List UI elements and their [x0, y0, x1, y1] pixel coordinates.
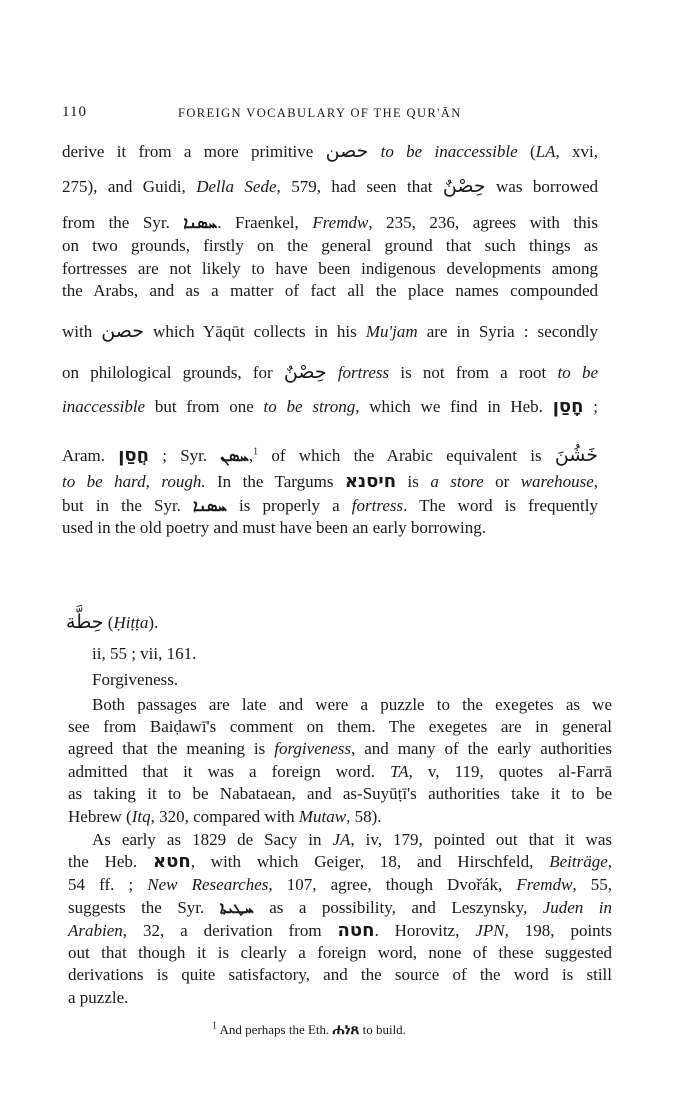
text-line: to be hard, rough. In the Targums חיסנא …	[62, 472, 598, 492]
text-line: used in the old poetry and must have bee…	[62, 518, 486, 538]
text-line: agreed that the meaning is forgiveness, …	[68, 739, 612, 759]
syriac-word: ܚܛܝܬܐ	[220, 898, 254, 917]
book-page: 110 FOREIGN VOCABULARY OF THE QUR'ĀN der…	[0, 0, 696, 1104]
text-line: out that though it is clearly a foreign …	[68, 943, 612, 963]
text-line: inaccessible but from one to be strong, …	[62, 397, 598, 417]
hebrew-word: חיסנא	[345, 471, 396, 492]
page-number: 110	[62, 104, 87, 121]
text-line: see from Baiḍawī's comment on them. The …	[68, 717, 612, 737]
headword-transliteration: Ḥiṭṭa	[113, 613, 148, 632]
footnote: 1 And perhaps the Eth. ሐነጸ to build.	[212, 1019, 406, 1040]
text-line: the Arabs, and as a matter of fact all t…	[62, 281, 598, 301]
syriac-word: ܚܣܢ	[220, 446, 248, 465]
text-line: Aram. חֲסַן ; Syr. ܚܣܢ,1 of which the Ar…	[62, 445, 598, 466]
text-line: on philological grounds, for حِصْنٌ fort…	[62, 362, 598, 383]
text-line: fortresses are not likely to have been i…	[62, 259, 598, 279]
hebrew-word: חָסַן	[553, 396, 584, 417]
arabic-word: حِصْنٌ	[443, 175, 486, 197]
text-line: with حصن which Yāqūt collects in his Mu'…	[62, 321, 598, 342]
text-line: Hebrew (Itq, 320, compared with Mutaw, 5…	[68, 807, 382, 827]
running-title: FOREIGN VOCABULARY OF THE QUR'ĀN	[178, 106, 462, 121]
entry-heading: حِطَّة (Ḥiṭṭa).	[66, 612, 158, 633]
text-line: 275), and Guidi, Della Sede, 579, had se…	[62, 176, 598, 197]
text-line: derivations is quite satisfactory, and t…	[68, 965, 612, 985]
text-line: As early as 1829 de Sacy in JA, iv, 179,…	[92, 830, 612, 850]
text-line: derive it from a more primitive حصن to b…	[62, 141, 598, 162]
text-line: as taking it to be Nabataean, and as-Suy…	[68, 784, 612, 804]
text-line: from the Syr. ܚܣܢܐ. Fraenkel, Fremdw, 23…	[62, 213, 598, 233]
text-line: on two grounds, firstly on the general g…	[62, 236, 598, 256]
text-line: the Heb. חטא, with which Geiger, 18, and…	[68, 852, 612, 872]
text-line: suggests the Syr. ܚܛܝܬܐ as a possibility…	[68, 898, 612, 918]
text-line: Arabien, 32, a derivation from חטה. Horo…	[68, 921, 612, 941]
syriac-word: ܚܣܢܐ	[183, 213, 217, 232]
text-line: admitted that it was a foreign word. TA,…	[68, 762, 612, 782]
arabic-word: حصن	[101, 320, 144, 342]
text-line: but in the Syr. ܚܣܢܐ is properly a fortr…	[62, 496, 598, 516]
entry-gloss: Forgiveness.	[92, 670, 178, 690]
text-line: a puzzle.	[68, 988, 128, 1008]
arabic-word: حصن	[326, 140, 369, 162]
entry-references: ii, 55 ; vii, 161.	[92, 644, 196, 664]
headword-arabic: حِطَّة	[66, 611, 104, 633]
hebrew-word: חטה	[338, 920, 375, 941]
ethiopic-word: ሐነጸ	[333, 1020, 360, 1038]
hebrew-word: חֲסַן	[118, 445, 149, 466]
arabic-word: حِصْنٌ	[284, 361, 327, 383]
text-line: 54 ff. ; New Researches, 107, agree, tho…	[68, 875, 612, 895]
arabic-word: خَشُنَ	[555, 444, 598, 466]
hebrew-word: חטא	[153, 851, 191, 872]
text-line: Both passages are late and were a puzzle…	[92, 695, 612, 715]
syriac-word: ܚܣܢܐ	[193, 496, 227, 515]
